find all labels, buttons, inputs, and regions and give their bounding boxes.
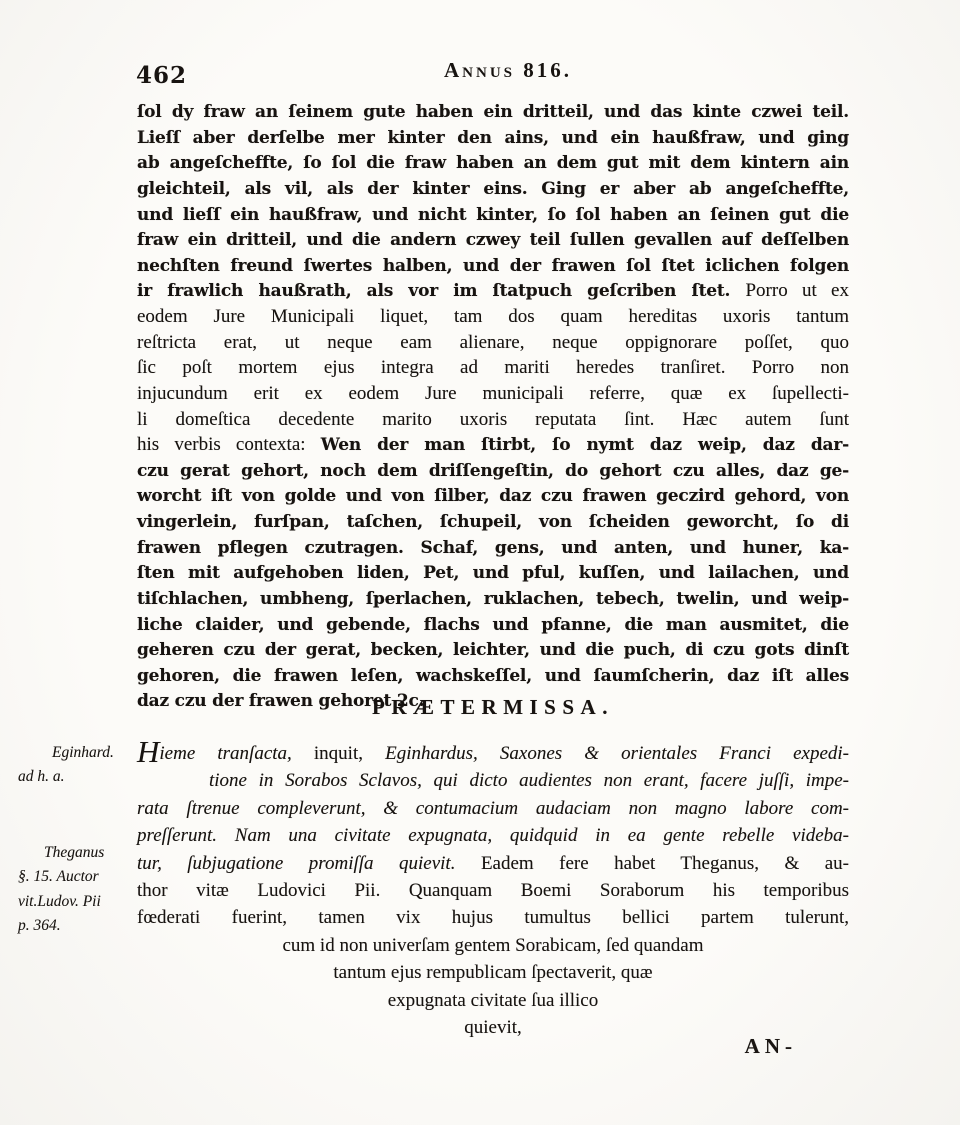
text-line: liche claider, und gebende, flachs und p… [137,613,849,639]
text-line: nechſten freund ſwertes halben, und der … [137,254,849,280]
text-line: p. 364. [18,914,150,938]
text-segment: Eginhard. [52,744,114,761]
text-line: ſten mit aufgehoben liden, Pet, und pful… [137,561,849,587]
text-line: worcht iſt von golde und von ſilber, daz… [137,484,849,510]
text-segment: tiſchlachen, umbheng, ſperlachen, ruklac… [137,589,849,609]
text-segment: ad h. a. [18,768,65,785]
text-line: vit.Ludov. Pii [18,890,150,914]
text-line: reſtricta erat, ut neque eam alienare, n… [137,331,849,357]
section-heading: PRÆTERMISSA. [137,695,849,720]
text-segment: fœderati fuerint, tamen vix hujus tumult… [137,907,849,928]
text-segment: Lieſſ aber derſelbe mer kinter den ains,… [137,128,849,148]
text-segment: und lieſſ ein haußfraw, und nicht kinter… [137,205,849,225]
text-line: ab angeſcheffte, ſo ſol die fraw haben a… [137,151,849,177]
text-segment: Theganus [44,844,104,861]
text-line: §. 15. Auctor [18,865,150,889]
text-segment: vingerlein, furſpan, taſchen, ſchupeil, … [137,512,849,532]
text-line: cum id non univerſam gentem Sorabicam, ſ… [137,933,849,960]
text-segment: §. 15. Auctor [18,868,99,885]
text-line: Eginhard. [18,741,150,765]
text-line: gehoren, die frawen leſen, wachskeſſel, … [137,664,849,690]
text-line: tiſchlachen, umbheng, ſperlachen, ruklac… [137,587,849,613]
text-segment: worcht iſt von golde und von ſilber, daz… [137,486,849,506]
text-segment: p. 364. [18,917,61,934]
text-segment: ir frawlich haußrath, als vor im ſtatpuc… [137,281,745,301]
text-line: ſol dy fraw an ſeinem gute haben ein dri… [137,100,849,126]
text-segment: eodem Jure Municipali liquet, tam dos qu… [137,306,849,327]
text-line: thor vitæ Ludovici Pii. Quanquam Boemi S… [137,878,849,905]
text-line: ir frawlich haußrath, als vor im ſtatpuc… [137,279,849,305]
text-line: ſic poſt mortem ejus integra ad mariti h… [137,356,849,382]
text-line: ad h. a. [18,765,150,789]
book-page: 462 Annus 816. ſol dy fraw an ſeinem gut… [0,0,960,1125]
text-line: rata ſtrenue compleverunt, & contumacium… [137,796,849,823]
quote-paragraph: Hieme tranſacta, inquit, Eginhardus, Sax… [137,741,849,1042]
text-line: fraw ein dritteil, und die andern czwey … [137,228,849,254]
text-segment: expugnata civitate ſua illico [388,990,599,1011]
text-segment: geheren czu der gerat, becken, leichter,… [137,640,849,660]
text-segment: ſic poſt mortem ejus integra ad mariti h… [137,357,849,378]
text-line: eodem Jure Municipali liquet, tam dos qu… [137,305,849,331]
text-segment: gleichteil, als vil, als der kinter eins… [137,179,849,199]
text-line: injucundum erit ex eodem Jure municipali… [137,382,849,408]
text-segment: ab angeſcheffte, ſo ſol die fraw haben a… [137,153,849,173]
text-line: gleichteil, als vil, als der kinter eins… [137,177,849,203]
text-segment: li domeſtica decedente marito uxoris rep… [137,409,849,430]
margin-note-theganus: Theganus§. 15. Auctorvit.Ludov. Piip. 36… [18,841,150,939]
text-line: vingerlein, furſpan, taſchen, ſchupeil, … [137,510,849,536]
text-segment: fraw ein dritteil, und die andern czwey … [137,230,849,250]
text-segment: Porro ut ex [745,280,849,301]
catchword: AN- [137,1034,849,1059]
text-segment: thor vitæ Ludovici Pii. Quanquam Boemi S… [137,880,849,901]
text-segment: Wen der man ſtirbt, ſo nymt daz weip, da… [321,435,849,455]
text-line: tur, ſubjugatione promiſſa quievit. Eade… [137,851,849,878]
text-segment: Eadem fere habet Theganus, & au- [481,853,849,874]
text-line: und lieſſ ein haußfraw, und nicht kinter… [137,203,849,229]
text-line: Hieme tranſacta, inquit, Eginhardus, Sax… [137,741,849,768]
text-segment: tur, ſubjugatione promiſſa quievit. [137,853,481,874]
text-segment: ſten mit aufgehoben liden, Pet, und pful… [137,563,849,583]
text-segment: nechſten freund ſwertes halben, und der … [137,256,849,276]
text-segment: H [137,734,159,769]
text-line: expugnata civitate ſua illico [137,988,849,1015]
text-segment: reſtricta erat, ut neque eam alienare, n… [137,332,849,353]
text-line: his verbis contexta: Wen der man ſtirbt,… [137,433,849,459]
text-segment: cum id non univerſam gentem Sorabicam, ſ… [282,935,703,956]
text-segment: ſol dy fraw an ſeinem gute haben ein dri… [137,102,849,122]
text-segment: Eginhardus, Saxones & orientales Franci … [385,743,849,764]
text-line: li domeſtica decedente marito uxoris rep… [137,408,849,434]
text-segment: injucundum erit ex eodem Jure municipali… [137,383,849,404]
text-line: tantum ejus rempublicam ſpectaverit, quæ [137,960,849,987]
text-segment: inquit, [314,743,385,764]
text-segment: ieme tranſacta, [159,743,314,764]
text-line: Lieſſ aber derſelbe mer kinter den ains,… [137,126,849,152]
text-segment: vit.Ludov. Pii [18,893,101,910]
text-line: fœderati fuerint, tamen vix hujus tumult… [137,905,849,932]
text-segment: his verbis contexta: [137,434,321,455]
text-segment: tantum ejus rempublicam ſpectaverit, quæ [333,962,652,983]
text-segment: rata ſtrenue compleverunt, & contumacium… [137,798,849,819]
text-line: czu gerat gehort, noch dem driſſengeſtin… [137,459,849,485]
margin-note-eginhard: Eginhard.ad h. a. [18,741,150,790]
text-line: geheren czu der gerat, becken, leichter,… [137,638,849,664]
text-segment: czu gerat gehort, noch dem driſſengeſtin… [137,461,849,481]
text-segment: tione in Sorabos Sclavos, qui dicto audi… [209,770,849,791]
text-segment: gehoren, die frawen leſen, wachskeſſel, … [137,666,849,686]
text-line: Theganus [18,841,150,865]
text-line: preſſerunt. Nam una civitate expugnata, … [137,823,849,850]
text-line: frawen pflegen czutragen. Schaf, gens, u… [137,536,849,562]
main-text-paragraph: ſol dy fraw an ſeinem gute haben ein dri… [137,100,849,715]
text-segment: liche claider, und gebende, flachs und p… [137,615,849,635]
text-segment: frawen pflegen czutragen. Schaf, gens, u… [137,538,849,558]
text-segment: preſſerunt. Nam una civitate expugnata, … [137,825,849,846]
text-line: tione in Sorabos Sclavos, qui dicto audi… [137,768,849,795]
running-head: Annus 816. [152,58,864,83]
